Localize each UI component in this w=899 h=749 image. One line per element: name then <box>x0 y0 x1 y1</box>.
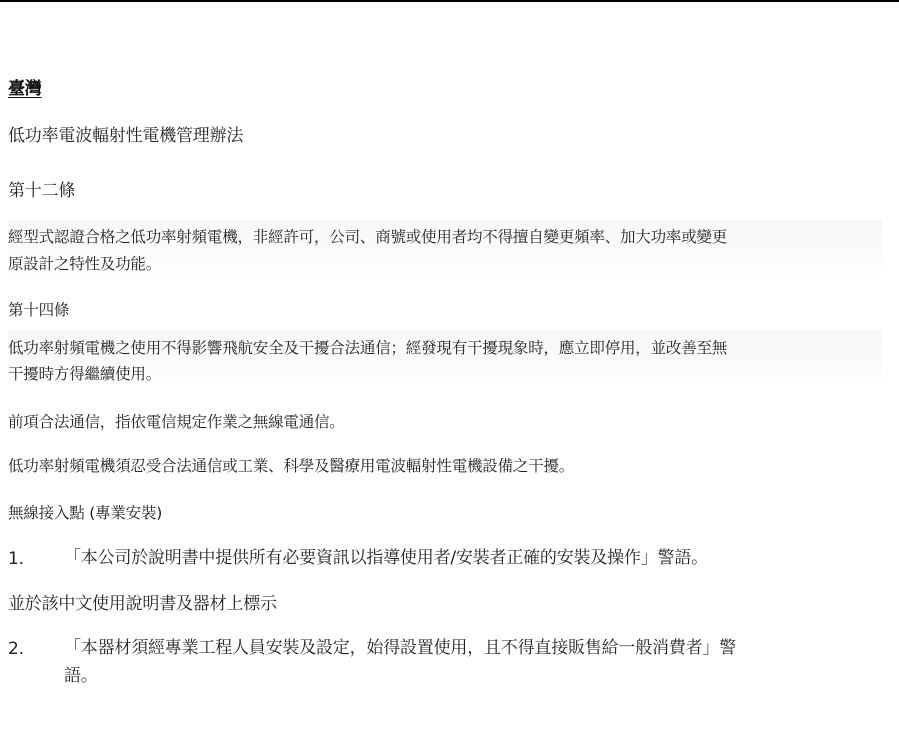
article-14-para-3: 低功率射頻電機須忍受合法通信或工業、科學及醫療用電波輻射性電機設備之干擾。 <box>8 456 574 476</box>
article-14-line-1: 低功率射頻電機之使用不得影響飛航安全及干擾合法通信；經發現有干擾現象時，應立即停… <box>8 338 727 358</box>
list-item-2-line-1: 「本器材須經專業工程人員安裝及設定，始得設置使用，且不得直接販售給一般消費者」警 <box>64 638 736 658</box>
article-12-label: 第十二條 <box>8 181 75 201</box>
article-12-line-1: 經型式認證合格之低功率射頻電機，非經許可，公司、商號或使用者均不得擅自變更頻率、… <box>8 227 727 247</box>
list-item-1-number: 1. <box>8 549 24 569</box>
list-item-1-text: 「本公司於說明書中提供所有必要資訊以指導使用者/安裝者正確的安裝及操作」警語。 <box>64 548 708 568</box>
article-14-line-2: 干擾時方得繼續使用。 <box>8 364 161 384</box>
list-item-2-line-2: 語。 <box>64 666 98 686</box>
heading-taiwan: 臺灣 <box>8 79 42 99</box>
marking-instruction: 並於該中文使用說明書及器材上標示 <box>8 594 277 614</box>
list-item-2-number: 2. <box>8 639 24 659</box>
regulation-title: 低功率電波輻射性電機管理辦法 <box>8 126 243 146</box>
access-point-label: 無線接入點 (專業安裝) <box>8 503 162 523</box>
document-page: 臺灣 低功率電波輻射性電機管理辦法 第十二條 經型式認證合格之低功率射頻電機，非… <box>8 0 883 749</box>
article-12-line-2: 原設計之特性及功能。 <box>8 254 161 274</box>
article-14-para-2: 前項合法通信，指依電信規定作業之無線電通信。 <box>8 412 345 432</box>
article-14-label: 第十四條 <box>8 300 69 320</box>
